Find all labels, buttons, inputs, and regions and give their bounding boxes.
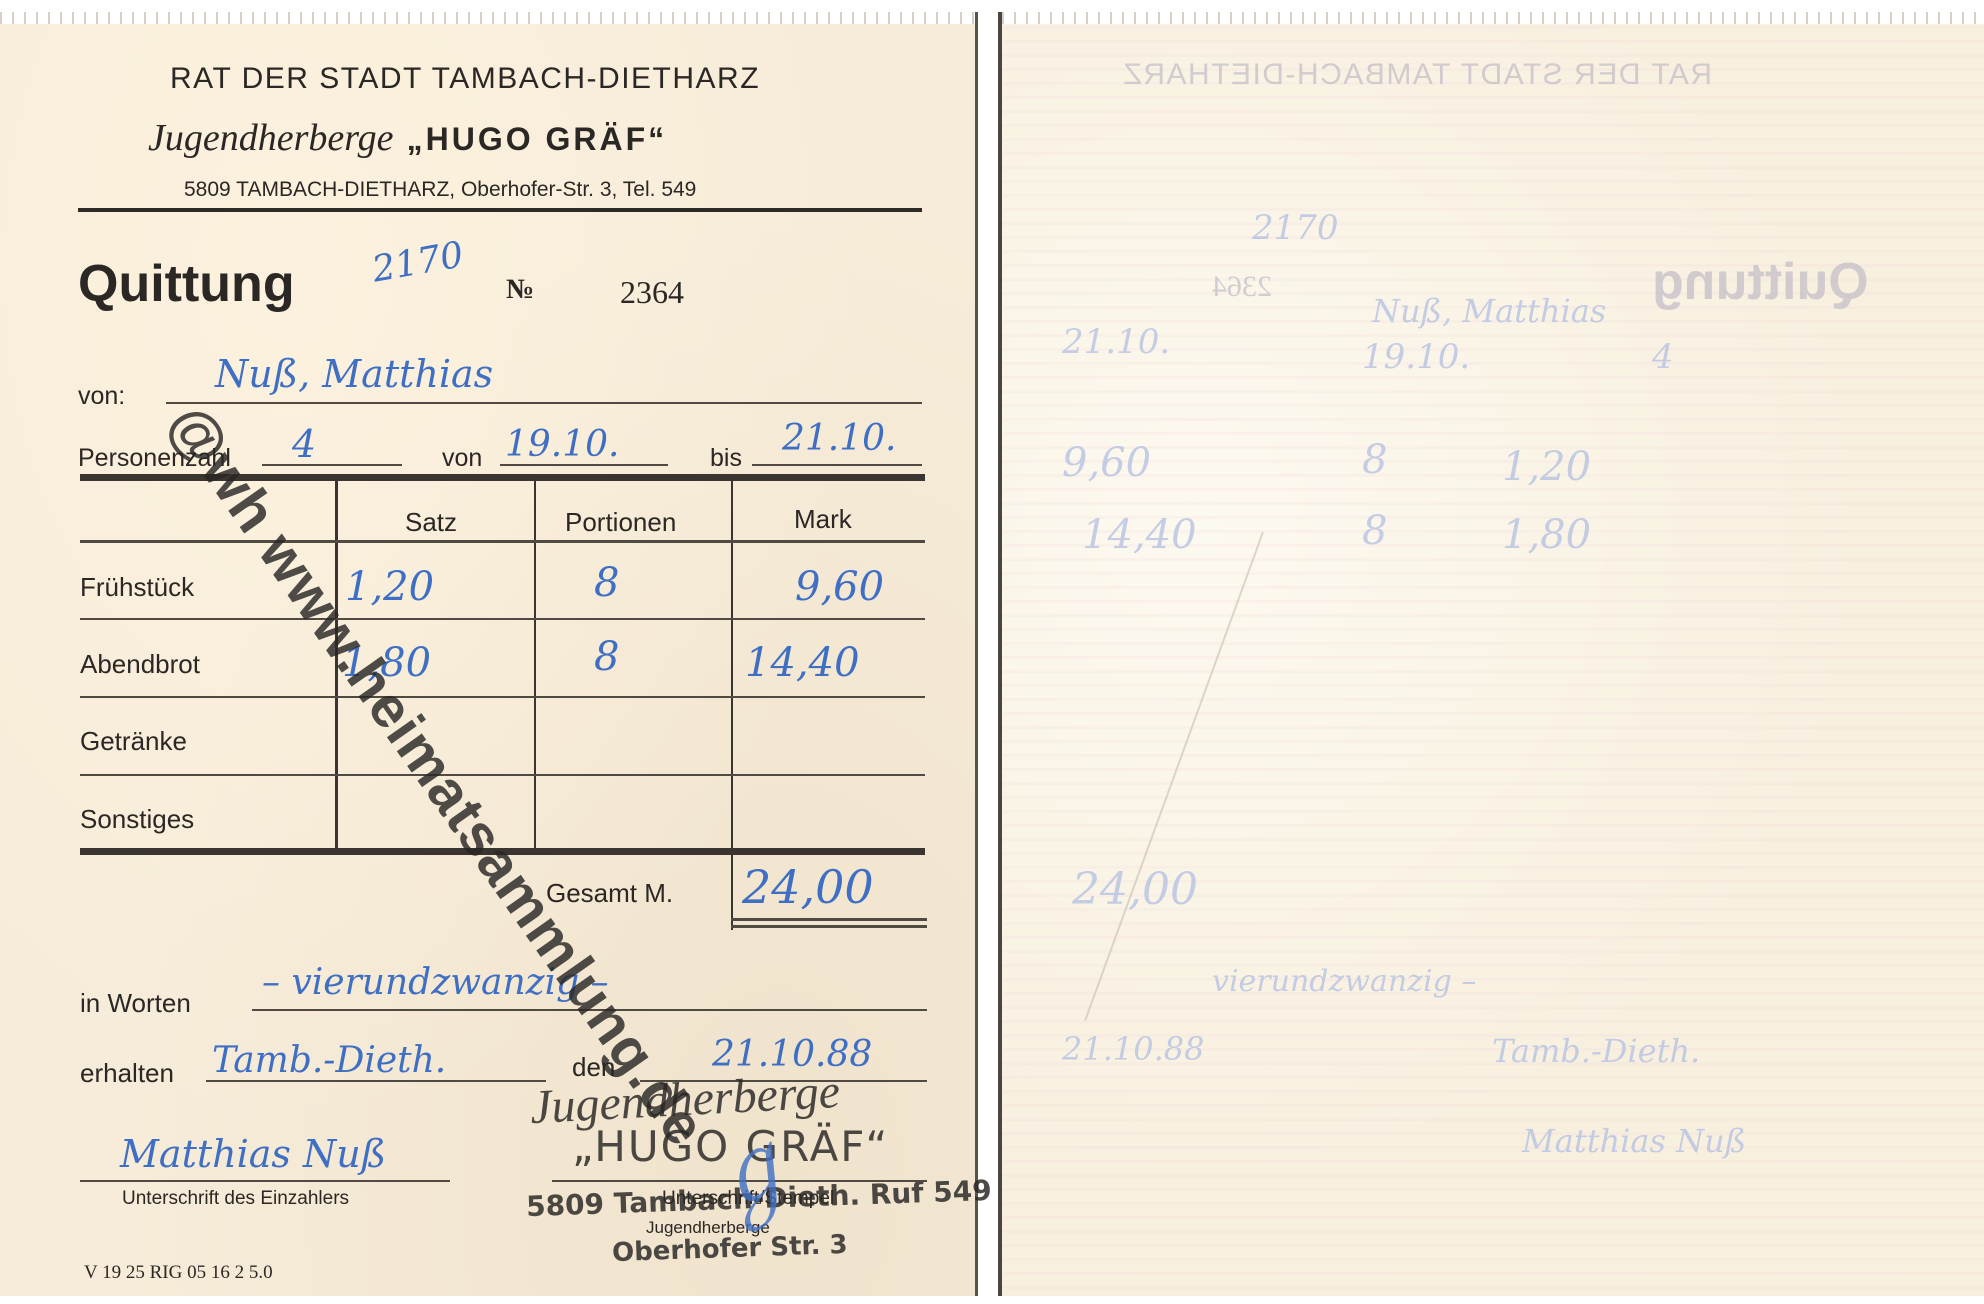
column-header-mark: Mark <box>794 504 852 535</box>
ghost-total: 24,00 <box>1072 864 1198 915</box>
ghost-row-satz: 1,80 <box>1502 512 1591 558</box>
persons-line <box>262 464 402 466</box>
ghost-row-mark: 14,40 <box>1082 512 1197 558</box>
payer-signature-line <box>80 1180 450 1182</box>
table-row-rule <box>80 774 925 776</box>
handwritten-code: 2170 <box>369 234 466 290</box>
ghost-date: 21.10.88 <box>1062 1030 1205 1068</box>
row-portionen[interactable]: 8 <box>594 634 619 680</box>
ghost-from: Nuß, Matthias <box>1372 292 1606 330</box>
column-header-portionen: Portionen <box>565 507 676 538</box>
hostel-title: Jugendherberge „HUGO GRÄF“ <box>148 116 667 160</box>
ghost-from-date: 19.10. <box>1362 337 1470 377</box>
row-portionen[interactable]: 8 <box>594 560 619 606</box>
ghost-number: 2364 <box>1212 270 1272 304</box>
payer-signature[interactable]: Matthias Nuß <box>120 1132 386 1176</box>
period-to-label: bis <box>710 444 742 473</box>
receipt-front: RAT DER STADT TAMBACH-DIETHARZ Jugendher… <box>0 12 978 1296</box>
period-from-label: von <box>442 444 482 473</box>
table-row-rule <box>80 618 925 620</box>
ghost-code: 2170 <box>1252 208 1339 248</box>
row-mark[interactable]: 9,60 <box>795 564 884 610</box>
persons-value[interactable]: 4 <box>292 422 316 466</box>
ghost-signature: Matthias Nuß <box>1522 1122 1746 1160</box>
perforated-edge <box>0 12 975 24</box>
from-line <box>166 402 922 404</box>
total-value[interactable]: 24,00 <box>742 860 874 914</box>
crease-line <box>1084 532 1264 1021</box>
ghost-place: Tamb.-Dieth. <box>1492 1032 1700 1070</box>
hostel-name: „HUGO GRÄF“ <box>407 121 668 157</box>
ghost-persons: 4 <box>1652 337 1674 377</box>
receipt-number: 2364 <box>620 274 684 311</box>
total-double-rule <box>731 925 927 928</box>
row-mark[interactable]: 14,40 <box>745 640 860 686</box>
from-value[interactable]: Nuß, Matthias <box>215 352 493 396</box>
table-header-rule <box>80 540 925 543</box>
ghost-to-date: 21.10. <box>1062 322 1170 362</box>
number-label: № <box>506 274 534 306</box>
ghost-row-portionen: 8 <box>1362 508 1387 554</box>
hostel-address: 5809 TAMBACH-DIETHARZ, Oberhofer-Str. 3,… <box>184 178 696 202</box>
period-to-line <box>752 464 922 466</box>
payer-signature-label: Unterschrift des Einzahlers <box>122 1188 349 1210</box>
ghost-title: Quittung <box>1652 252 1869 312</box>
in-words-label: in Worten <box>80 988 191 1019</box>
column-header-satz: Satz <box>405 507 457 538</box>
perforated-edge <box>1002 12 1984 24</box>
total-double-rule <box>731 918 927 921</box>
period-from-value[interactable]: 19.10. <box>505 424 620 465</box>
period-to-value[interactable]: 21.10. <box>782 418 897 459</box>
received-label: erhalten <box>80 1058 174 1089</box>
received-place[interactable]: Tamb.-Dieth. <box>212 1040 446 1081</box>
row-label-abendbrot: Abendbrot <box>80 649 200 680</box>
table-col-divider <box>534 474 536 852</box>
ghost-header: RAT DER STADT TAMBACH-DIETHARZ <box>1122 58 1712 92</box>
form-code: V 19 25 RIG 05 16 2 5.0 <box>84 1262 273 1284</box>
table-row-rule <box>80 696 925 698</box>
receipt-back: RAT DER STADT TAMBACH-DIETHARZ Quittung … <box>998 12 1984 1296</box>
ghost-words: vierundzwanzig – <box>1212 964 1476 999</box>
from-label: von: <box>78 382 125 411</box>
authority-header: RAT DER STADT TAMBACH-DIETHARZ <box>170 62 760 96</box>
row-label-fruehstueck: Frühstück <box>80 572 194 603</box>
hostel-script: Jugendherberge <box>148 117 394 159</box>
row-label-sonstiges: Sonstiges <box>80 804 194 835</box>
row-label-getraenke: Getränke <box>80 726 187 757</box>
receipt-title: Quittung <box>78 254 295 314</box>
ghost-row-satz: 1,20 <box>1502 444 1591 490</box>
header-divider <box>78 208 922 212</box>
ghost-row-portionen: 8 <box>1362 437 1387 483</box>
ghost-row-mark: 9,60 <box>1062 440 1151 486</box>
